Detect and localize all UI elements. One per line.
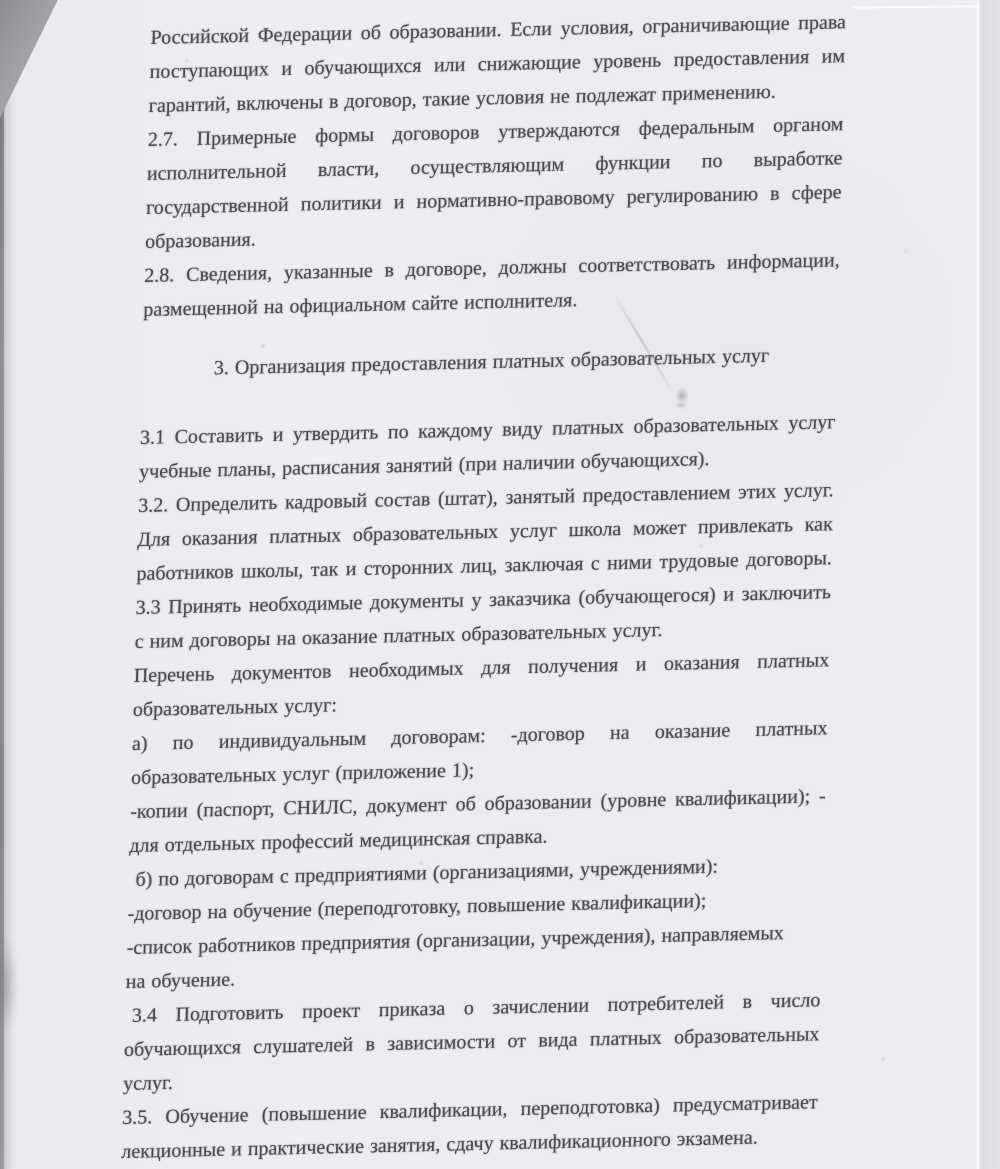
paper-right-edge-highlight <box>977 0 979 1169</box>
scan-noise-specks <box>0 0 2 2</box>
left-edge-smudge <box>0 935 28 1035</box>
top-edge-highlight-line <box>852 5 980 8</box>
scanner-left-edge-shadow <box>0 0 18 1169</box>
document-text: Российской Федерации об образовании. Есл… <box>121 5 846 1169</box>
section-heading: 3. Организация предоставления платных об… <box>213 337 837 385</box>
scanner-right-edge-band <box>977 0 1000 1169</box>
scanned-document-page: Российской Федерации об образовании. Есл… <box>0 0 1000 1169</box>
scanner-left-edge-dark-strip <box>0 0 4 1169</box>
page-corner-fold <box>0 0 78 128</box>
